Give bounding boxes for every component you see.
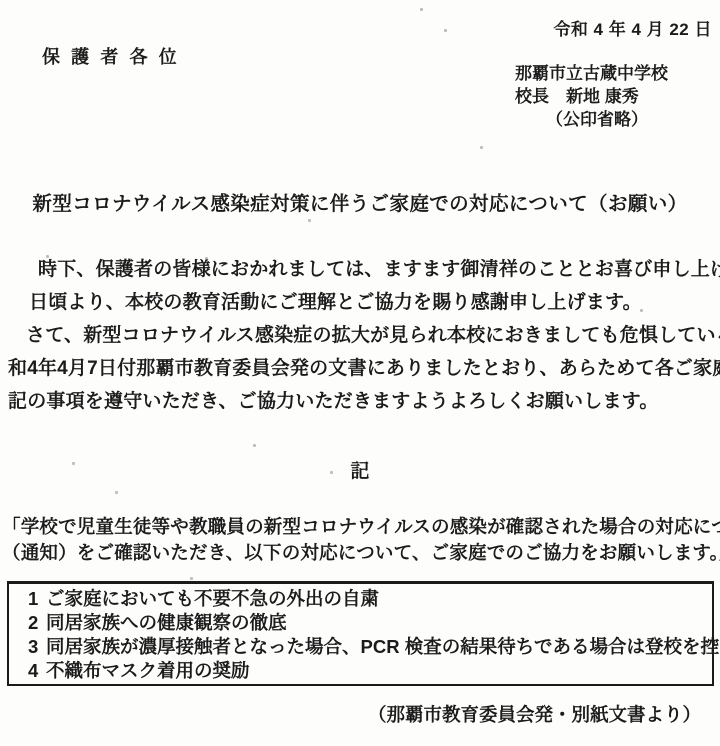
- body-line: 記の事項を遵守いただき、ご協力いただきますようよろしくお願いします。: [8, 385, 716, 418]
- notice-item-text: 同居家族が濃厚接触者となった場合、PCR 検査の結果待ちである場合は登校を控える: [46, 635, 720, 659]
- scan-speck: [205, 257, 208, 260]
- scan-speck: [72, 462, 75, 465]
- notice-item-number: 4: [19, 659, 46, 683]
- notice-item-text: 同居家族への健康観察の徹底: [46, 611, 287, 635]
- scan-speck: [444, 29, 447, 32]
- notice-item-number: 1: [19, 587, 46, 611]
- scan-speck: [253, 444, 256, 447]
- notice-item: 4 不織布マスク着用の奨励: [19, 659, 704, 683]
- notice-item: 2 同居家族への健康観察の徹底: [19, 611, 704, 635]
- seal-omitted-note: （公印省略）: [515, 108, 668, 131]
- document-title: 新型コロナウイルス感染症対策に伴うご家庭での対応について（お願い）: [0, 188, 720, 216]
- scan-speck: [480, 146, 483, 149]
- body-line: さて、新型コロナウイルス感染症の拡大が見られ本校におきましても危惧しているところ…: [8, 319, 716, 352]
- sender-block: 那覇市立古蔵中学校 校長 新地 康秀 （公印省略）: [515, 62, 668, 131]
- sender-principal-name: 校長 新地 康秀: [515, 85, 668, 108]
- notice-item-number: 2: [19, 611, 46, 635]
- quote-line: 「学校で児童生徒等や教職員の新型コロナウイルスの感染が確認された場合の対応につい…: [2, 514, 718, 540]
- scan-speck: [330, 471, 333, 474]
- scan-speck: [308, 219, 311, 222]
- scan-speck: [46, 255, 49, 258]
- scan-speck: [640, 309, 643, 312]
- notice-item-text: ご家庭においても不要不急の外出の自粛: [46, 587, 379, 611]
- source-attribution-note: （那覇市教育委員会発・別紙文書より）: [368, 701, 701, 727]
- recipient-line: 保護者各位: [42, 43, 188, 69]
- notice-item: 3 同居家族が濃厚接触者となった場合、PCR 検査の結果待ちである場合は登校を控…: [19, 635, 704, 659]
- body-paragraphs: 時下、保護者の皆様におかれましては、ますます御清祥のこととお喜び申し上げます。 …: [8, 253, 716, 418]
- notice-box: 1 ご家庭においても不要不急の外出の自粛 2 同居家族への健康観察の徹底 3 同…: [7, 581, 714, 686]
- scan-speck: [420, 8, 423, 11]
- body-line: 和4年4月7日付那覇市教育委員会発の文書にありましたとおり、あらためて各ご家庭に…: [8, 352, 716, 385]
- ki-section-marker: 記: [0, 456, 720, 483]
- body-line: 日頃より、本校の教育活動にご理解とご協力を賜り感謝申し上げます。: [8, 286, 716, 319]
- letter-date: 令和 4 年 4 月 22 日: [553, 15, 712, 40]
- scan-speck: [190, 577, 193, 580]
- notice-item: 1 ご家庭においても不要不急の外出の自粛: [19, 587, 704, 611]
- scan-speck: [115, 491, 118, 494]
- notice-item-number: 3: [19, 635, 46, 659]
- letter-page: 令和 4 年 4 月 22 日 保護者各位 那覇市立古蔵中学校 校長 新地 康秀…: [0, 0, 720, 746]
- sender-school-name: 那覇市立古蔵中学校: [515, 62, 668, 85]
- quote-paragraph: 「学校で児童生徒等や教職員の新型コロナウイルスの感染が確認された場合の対応につい…: [2, 514, 718, 566]
- body-line: 時下、保護者の皆様におかれましては、ますます御清祥のこととお喜び申し上げます。: [8, 253, 716, 286]
- quote-line: （通知）をご確認いただき、以下の対応について、ご家庭でのご協力をお願いします。」: [2, 540, 718, 566]
- notice-item-text: 不織布マスク着用の奨励: [46, 659, 250, 683]
